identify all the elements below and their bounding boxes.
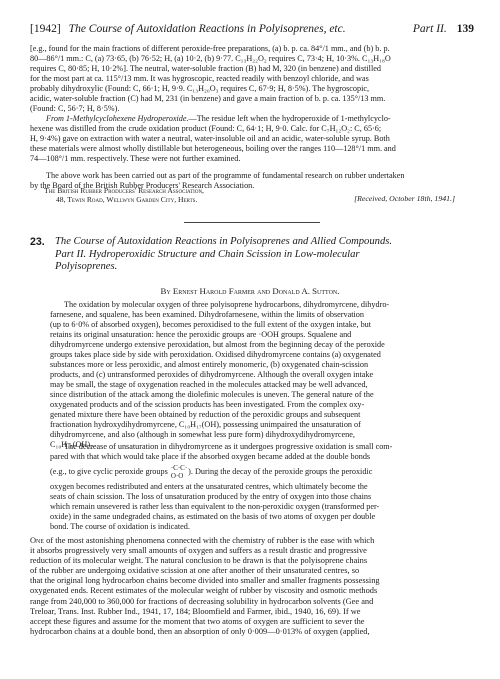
text-line: (e.g., to give cyclic peroxide groups <box>50 467 168 476</box>
article-title-line: The Course of Autoxidation Reactions in … <box>55 236 474 249</box>
text-line: retains its original unsaturation: hence… <box>50 330 474 340</box>
text-line: The oxidation by molecular oxygen of thr… <box>50 300 474 310</box>
text-line: groups takes place side by side with per… <box>50 350 474 360</box>
text-line: requires C, 80·85; H, 10·2%]. The neutra… <box>30 64 474 74</box>
cyclic-peroxide-structure: ·C·C· O·O <box>171 464 187 480</box>
text-line: 74—108°/1 mm. respectively. These were n… <box>30 154 474 164</box>
text-line: of the rubber are undergoing oxidative s… <box>30 566 474 576</box>
text-line: —The residue left when the hydroperoxide… <box>189 114 391 123</box>
text-line: dihydromyrcene, and also (although in so… <box>50 430 474 440</box>
received-date: [Received, October 18th, 1941.] <box>354 194 455 203</box>
text-line: (Found: C, 56·7; H, 8·5%). <box>30 104 474 114</box>
section-subheading: From 1-Methylcyclohexene Hydroperoxide. <box>46 114 189 123</box>
text-line: H, 9·4%) gave on extraction with water a… <box>30 134 474 144</box>
text-line: (up to 6·0% of absorbed oxygen), becomes… <box>50 320 474 330</box>
text-line: ). During the decay of the peroxide grou… <box>188 467 372 476</box>
text-line: for the most part at ca. 115°/13 mm. It … <box>30 74 474 84</box>
text-line: hydrocarbon chains at a double bond, the… <box>30 627 474 637</box>
text-line: The decrease of unsaturation in dihydrom… <box>50 442 474 452</box>
text-line: substances more or less peroxidic, and a… <box>50 360 474 370</box>
text-line: dihydromyrcene undergo extensive peroxid… <box>50 340 474 350</box>
text-line: farnesene, and squalene, has been examin… <box>50 310 474 320</box>
running-title: The Course of Autoxidation Reactions in … <box>69 22 413 36</box>
text-line: probably dihydroxylic (Found: C, 66·1; H… <box>30 84 474 94</box>
text-line: 80—86°/1 mm.: C, (a) 73·65, (b) 76·52; H… <box>30 54 474 64</box>
article-title-line: Part II. Hydroperoxidic Structure and Ch… <box>55 249 474 262</box>
body-paragraph: One of the most astonishing phenomena co… <box>30 536 474 637</box>
text-line: oxygenated products and of the scission … <box>50 400 474 410</box>
continuation-paragraph-2: From 1-Methylcyclohexene Hydroperoxide.—… <box>30 114 474 164</box>
peroxide-oxygen-row: O·O <box>171 472 187 480</box>
text-line: oxide) in the same undegraded chains, as… <box>50 512 474 522</box>
text-line: [e.g., found for the main fractions of d… <box>30 44 474 54</box>
text-line: products, and (c) untransformed peroxide… <box>50 370 474 380</box>
text-line: oxygenated ends. Recent estimates of the… <box>30 586 474 596</box>
peroxide-carbon-row: ·C·C· <box>171 464 187 472</box>
text-line: may be small, the stage of oxygenation r… <box>50 380 474 390</box>
text-line: which remain unsevered is rather less th… <box>50 502 474 512</box>
authors-byline: By Ernest Harold Farmer and Donald A. Su… <box>0 286 500 297</box>
continuation-paragraph-1: [e.g., found for the main fractions of d… <box>30 44 474 114</box>
text-line: range from 240,000 to 360,000 for fracti… <box>30 597 474 607</box>
lead-word: One <box>30 536 44 545</box>
journal-page: [1942] The Course of Autoxidation Reacti… <box>0 0 500 679</box>
text-line: Treloar, Trans. Inst. Rubber Ind., 1941,… <box>30 607 474 617</box>
running-part: Part II. <box>413 22 447 36</box>
text-line: since distribution of the attack among t… <box>50 390 474 400</box>
text-line: fractionation hydroxydihydromyrcene, C₁₀… <box>50 420 474 430</box>
article-number: 23. <box>30 236 45 249</box>
section-divider <box>184 222 320 223</box>
abstract-paragraph-2: The decrease of unsaturation in dihydrom… <box>50 442 474 532</box>
text-line: of the most astonishing phenomena connec… <box>44 536 374 545</box>
text-line: bond. The course of oxidation is indicat… <box>50 522 474 532</box>
running-head: [1942] The Course of Autoxidation Reacti… <box>30 22 474 36</box>
page-number: 139 <box>457 22 474 36</box>
affiliation-line-2: 48, Tewin Road, Wellwyn Garden City, Her… <box>56 195 197 205</box>
text-line: reduction of its molecular weight. The n… <box>30 556 474 566</box>
text-line: that the original long hydrocarbon chain… <box>30 576 474 586</box>
text-line: accept these figures and assume for the … <box>30 617 474 627</box>
text-line: oxygen becomes redistributed and enters … <box>50 482 474 492</box>
journal-year: [1942] <box>30 22 61 36</box>
abstract-paragraph-1: The oxidation by molecular oxygen of thr… <box>50 300 474 450</box>
text-line: acidic, water-soluble fraction (C) had M… <box>30 94 474 104</box>
text-line: these materials were almost wholly disti… <box>30 144 474 154</box>
text-line: seats of chain scission. The loss of uns… <box>50 492 474 502</box>
text-line: it absorbs progressively very small amou… <box>30 546 474 556</box>
text-line: hexene was distilled from the crude oxid… <box>30 124 474 134</box>
article-heading: 23. The Course of Autoxidation Reactions… <box>30 236 474 274</box>
article-title-line: Polyisoprenes. <box>55 261 474 274</box>
text-line: genated mixture there have been obtained… <box>50 410 474 420</box>
text-line: The above work has been carried out as p… <box>30 171 474 181</box>
text-line: pared with that which would take place i… <box>50 452 474 462</box>
